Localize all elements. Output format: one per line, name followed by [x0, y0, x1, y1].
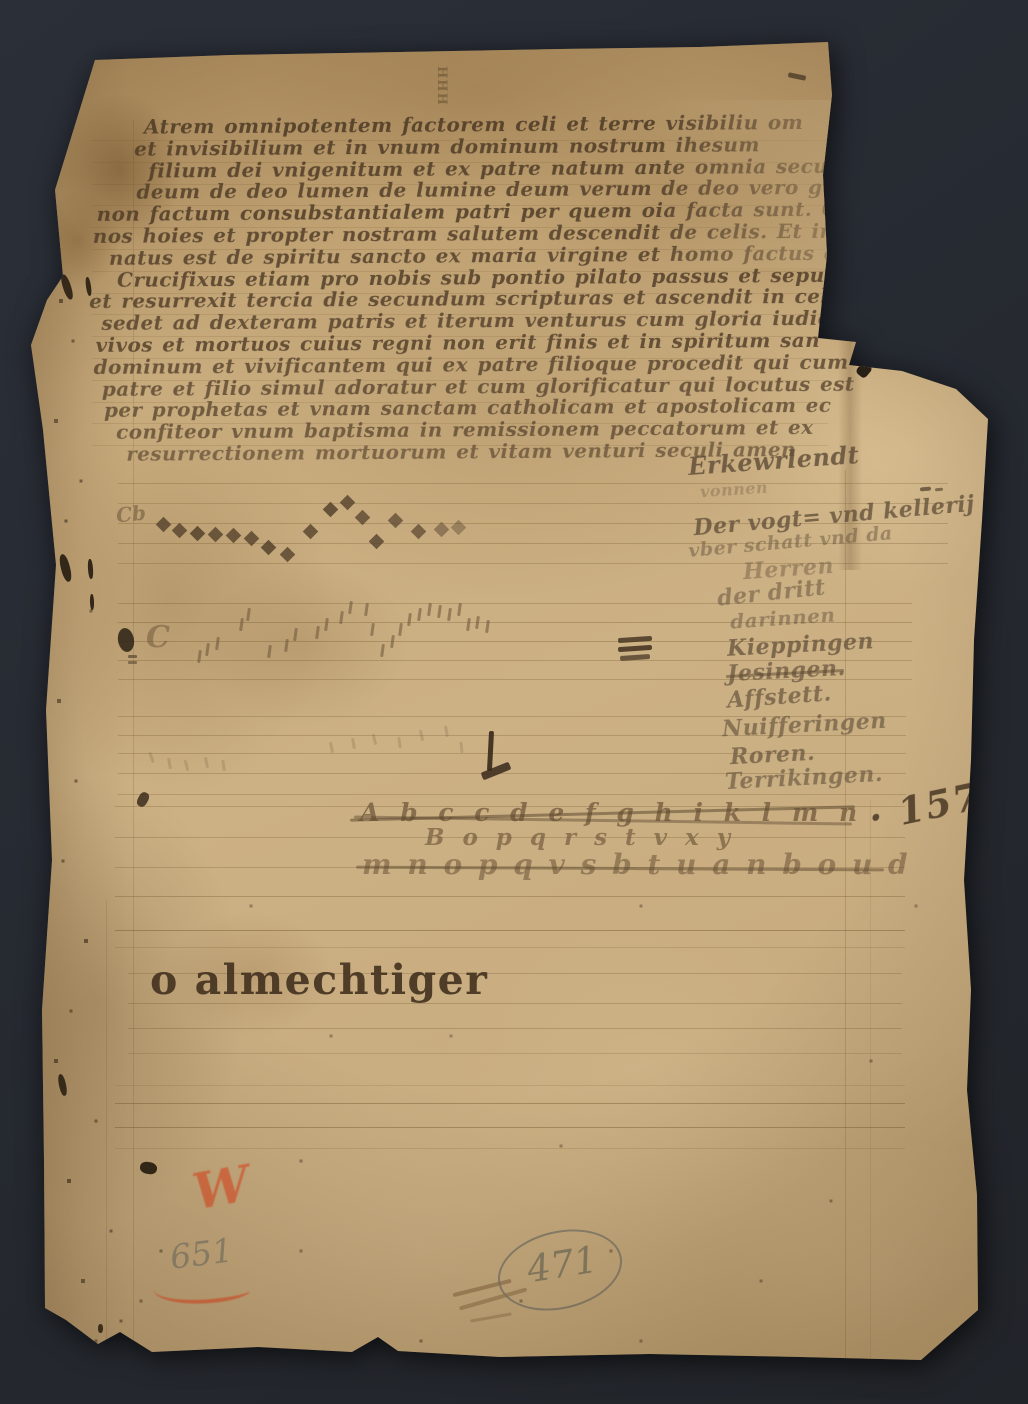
- edge-vignette: [0, 0, 1028, 1404]
- mold-specks: [0, 0, 2, 2]
- manuscript-photo: Atrem omnipotentem factorem celi et terr…: [0, 0, 1028, 1404]
- parchment-shadow-wrap: Atrem omnipotentem factorem celi et terr…: [0, 0, 1028, 1404]
- parchment-sheet: Atrem omnipotentem factorem celi et terr…: [0, 0, 1028, 1404]
- sewing-hole: [79, 1338, 85, 1348]
- ink-mark: [833, 147, 845, 152]
- ink-mark: [849, 151, 857, 155]
